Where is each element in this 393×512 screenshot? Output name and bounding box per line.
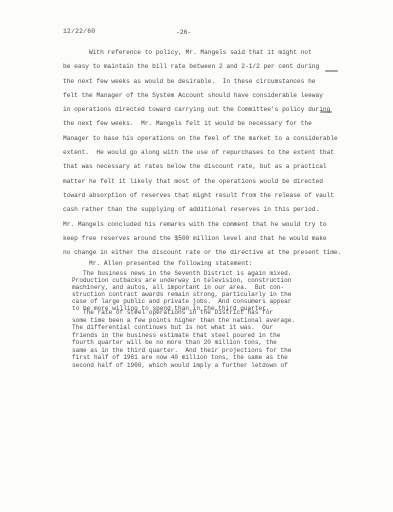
text-line: same as in the third quarter. And their … [72,347,332,355]
text-line: matter he felt it likely that most of th… [63,175,363,189]
text-line: no change in either the discount rate or… [63,246,363,260]
allen-statement-intro: Mr. Allen presented the following statem… [63,260,252,267]
document-page: 12/22/60 -26- With reference to policy, … [0,0,393,512]
text-line: friends in the business estimate that st… [72,332,332,340]
text-line: first half of 1961 are now 40 million to… [72,354,332,362]
text-line: felt the Manager of the System Account s… [63,89,363,103]
text-line: that was necessary at rates below the di… [63,160,363,174]
text-line: the next few weeks as would be desirable… [63,75,363,89]
text-line: Production cutbacks are underway in tele… [72,277,332,284]
text-line: With reference to policy, Mr. Mangels sa… [63,46,363,60]
text-line: struction contract awards remain strong,… [72,291,332,298]
text-line: toward absorption of reserves that might… [63,189,363,203]
text-line: Mr. Mangels concluded his remarks with t… [63,218,363,232]
text-line: the next few weeks. Mr. Mangels felt it … [63,117,363,131]
scan-artifact [320,111,332,113]
text-line: some time been a few points higher than … [72,317,332,325]
text-line: The business news in the Seventh Distric… [72,270,332,277]
scanned-typewritten-text: 12/22/60 -26- With reference to policy, … [0,0,393,512]
text-line: case of large public and private jobs. A… [72,298,332,305]
text-line: second half of 1960, which would imply a… [72,362,332,370]
text-line: Manager to base his operations on the fe… [63,132,363,146]
text-line: in operations directed toward carrying o… [63,103,363,117]
page-number: -26- [176,29,191,36]
text-line: fourth quarter will be no more than 20 m… [72,339,332,347]
text-line: The rate of steel operations in the Dist… [72,309,332,317]
policy-discussion-paragraph: With reference to policy, Mr. Mangels sa… [63,46,363,260]
text-line: The differential continues but is not wh… [72,324,332,332]
text-line: cash rather than the supplying of additi… [63,203,363,217]
text-line: extent. He would go along with the use o… [63,146,363,160]
allen-statement-paragraph-1: The business news in the Seventh Distric… [72,270,332,312]
scan-artifact [325,70,338,72]
text-line: keep free reserves around the $500 milli… [63,232,363,246]
allen-statement-paragraph-2: The rate of steel operations in the Dist… [72,309,332,369]
text-line: machinery, and autos, all important in o… [72,284,332,291]
date-stamp: 12/22/60 [63,28,95,35]
text-line: be easy to maintain the bill rate betwee… [63,60,363,74]
